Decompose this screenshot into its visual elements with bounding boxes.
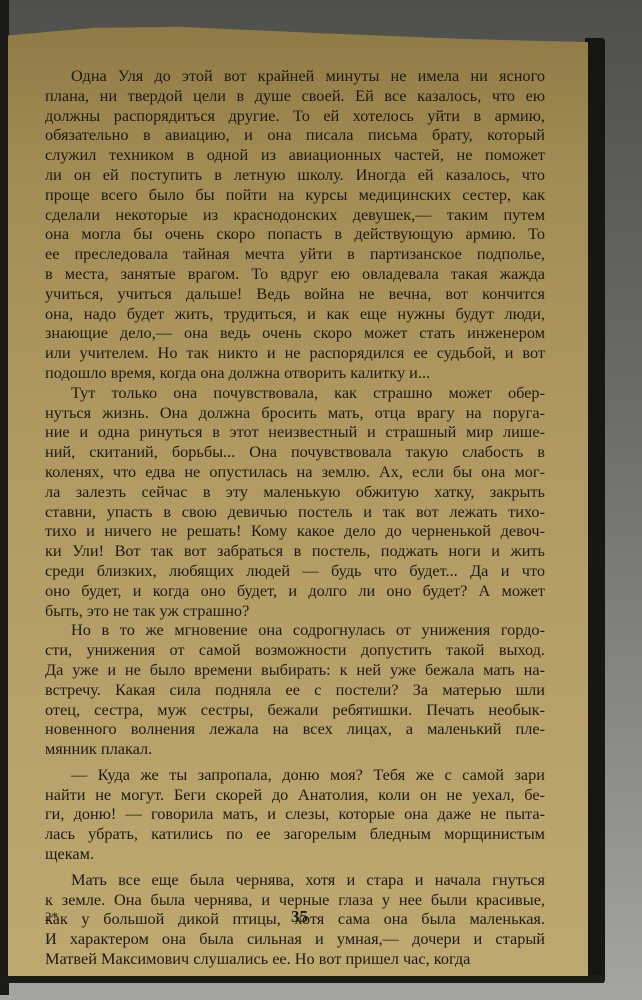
text-line: лась убрать, катились по ее загорелым бл…	[45, 824, 545, 844]
text-line: или учителем. Но так никто и не распоряд…	[45, 343, 545, 363]
text-line: она могла бы очень скоро попасть в дейст…	[45, 224, 545, 244]
page-number: 35	[291, 907, 308, 927]
text-line: нуться жизнь. Она должна бросить мать, о…	[45, 403, 545, 423]
text-line: среди близких, любящих людей — будь что …	[45, 561, 545, 581]
text-line: Одна Уля до этой вот крайней минуты не и…	[45, 66, 545, 86]
text-line: щекам.	[45, 844, 545, 864]
text-line: ги, доню! — говорила мать, и слезы, кото…	[45, 804, 545, 824]
text-line: найти не могут. Беги скорей до Анатолия,…	[45, 785, 545, 805]
text-line: ла залезть сейчас в эту маленькую обжиту…	[45, 482, 545, 502]
text-line: Да уже и не было времени выбирать: к ней…	[45, 660, 545, 680]
text-line: плана, ни твердой цели в душе своей. Ей …	[45, 86, 545, 106]
page-body-text: Одна Уля до этой вот крайней минуты не и…	[45, 66, 545, 969]
text-line: отец, сестра, муж сестры, бежали ребятиш…	[45, 700, 545, 720]
text-line: И характером она была сильная и умная,— …	[45, 929, 545, 949]
text-line: ний, скитаний, борьбы... Она почувствова…	[45, 442, 545, 462]
text-line: мянник плакал.	[45, 739, 545, 759]
book-cover-left-edge	[0, 0, 9, 995]
book-cover-bottom-edge	[0, 975, 604, 983]
printer-signature-mark: 2*	[45, 909, 58, 925]
text-line: ние и одна ринуться в этот неизвестный и…	[45, 422, 545, 442]
text-line: тихо и ничего не решать! Кому какое дело…	[45, 521, 545, 541]
text-line: сделали некоторые из краснодонских девуш…	[45, 205, 545, 225]
text-line: ли он ей поступить в летную школу. Иногд…	[45, 165, 545, 185]
text-line: коленях, что едва не опустилась на землю…	[45, 462, 545, 482]
text-line: в места, занятые врагом. То вдруг ею овл…	[45, 264, 545, 284]
text-line: служил техником в одной из авиационных ч…	[45, 145, 545, 165]
paragraph: Но в то же мгновение она содрогнулась от…	[45, 620, 545, 759]
text-line: ее преследовала тайная мечта уйти в парт…	[45, 244, 545, 264]
text-line: ставни, упасть в свою девичью постель и …	[45, 502, 545, 522]
text-line: обязательно в авиацию, и она писала пись…	[45, 125, 545, 145]
paragraph: — Куда же ты запропала, доню моя? Тебя ж…	[45, 765, 545, 864]
text-line: Мать все еще была чернява, хотя и стара …	[45, 870, 545, 890]
text-line: проще всего было бы пойти на курсы медиц…	[45, 185, 545, 205]
text-line: Тут только она почувствовала, как страшн…	[45, 383, 545, 403]
text-line: ки Ули! Вот так вот забраться в постель,…	[45, 541, 545, 561]
text-line: — Куда же ты запропала, доню моя? Тебя ж…	[45, 765, 545, 785]
text-line: встречу. Какая сила подняла ее с постели…	[45, 680, 545, 700]
paragraph: Одна Уля до этой вот крайней минуты не и…	[45, 66, 545, 383]
text-line: новенного волнения лежала на всех лицах,…	[45, 719, 545, 739]
book-cover-right-edge	[585, 38, 605, 983]
page-footer: 2* 35	[45, 909, 545, 929]
text-line: Матвей Максимович слушались ее. Но вот п…	[45, 949, 545, 969]
text-line: оно будет, и когда оно будет, и долго ли…	[45, 581, 545, 601]
text-line: знающие дело,— она ведь очень скоро може…	[45, 323, 545, 343]
text-line: подошло время, когда она должна отворить…	[45, 363, 545, 383]
text-line: быть, это не так уж страшно?	[45, 601, 545, 621]
paragraph: Тут только она почувствовала, как страшн…	[45, 383, 545, 621]
text-line: она, надо будет жить, трудиться, и как е…	[45, 304, 545, 324]
text-line: сти, унижения от самой возможности допус…	[45, 640, 545, 660]
text-line: учиться, учиться дальше! Ведь война не в…	[45, 284, 545, 304]
text-line: должны распорядиться другие. То ей хотел…	[45, 106, 545, 126]
text-line: Но в то же мгновение она содрогнулась от…	[45, 620, 545, 640]
